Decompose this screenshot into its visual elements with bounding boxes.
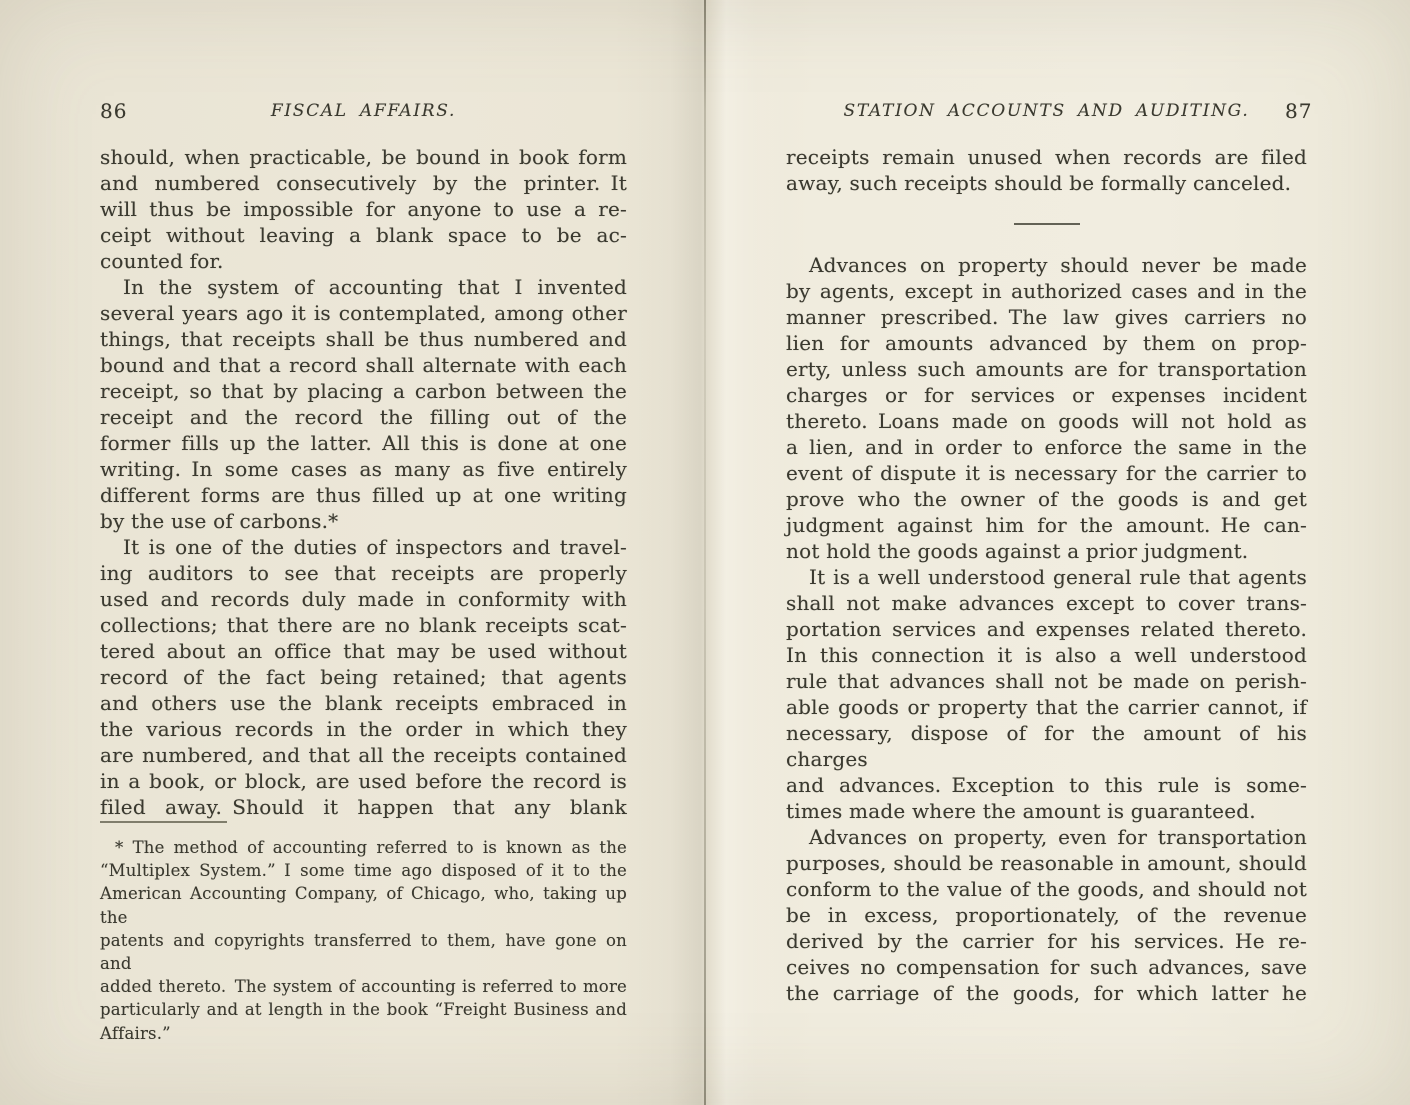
text-line: purposes, should be reasonable in amount… xyxy=(786,850,1307,876)
left-body-text: should, when practicable, be bound in bo… xyxy=(100,144,627,820)
text-line: event of dispute it is necessary for the… xyxy=(786,460,1307,486)
text-line: times made where the amount is guarantee… xyxy=(786,798,1307,824)
text-line: erty, unless such amounts are for transp… xyxy=(786,356,1307,382)
text-line: the various records in the order in whic… xyxy=(100,716,627,742)
text-line: It is a well understood general rule tha… xyxy=(786,564,1307,590)
text-line: a lien, and in order to enforce the same… xyxy=(786,434,1307,460)
text-line: It is one of the duties of inspectors an… xyxy=(100,534,627,560)
text-line: used and records duly made in conformity… xyxy=(100,586,627,612)
text-line: ceipt without leaving a blank space to b… xyxy=(100,222,627,248)
text-line: away, such receipts should be formally c… xyxy=(786,170,1307,196)
text-line: able goods or property that the carrier … xyxy=(786,694,1307,720)
text-line: In this connection it is also a well und… xyxy=(786,642,1307,668)
text-line: several years ago it is contemplated, am… xyxy=(100,300,627,326)
text-line: by the use of carbons.* xyxy=(100,508,627,534)
text-line: be in excess, proportionately, of the re… xyxy=(786,902,1307,928)
paragraph: In the system of accounting that I inven… xyxy=(100,274,627,534)
gutter-crease-line xyxy=(704,0,706,1105)
paragraph: should, when practicable, be bound in bo… xyxy=(100,144,627,274)
section-divider-rule xyxy=(1014,223,1080,225)
text-line: writing. In some cases as many as five e… xyxy=(100,456,627,482)
text-line: not hold the goods against a prior judgm… xyxy=(786,538,1307,564)
text-line: record of the fact being retained; that … xyxy=(100,664,627,690)
text-line: bound and that a record shall alternate … xyxy=(100,352,627,378)
footnote-separator-rule xyxy=(100,821,227,823)
text-line: receipts remain unused when records are … xyxy=(786,144,1307,170)
text-line: American Accounting Company, of Chicago,… xyxy=(100,882,627,928)
text-line: will thus be impossible for anyone to us… xyxy=(100,196,627,222)
text-line: counted for. xyxy=(100,248,627,274)
book-spread: 86 FISCAL AFFAIRS. should, when practica… xyxy=(0,0,1410,1105)
text-line: In the system of accounting that I inven… xyxy=(100,274,627,300)
text-line: * The method of accounting referred to i… xyxy=(100,836,627,859)
text-line: added thereto. The system of accounting … xyxy=(100,975,627,998)
right-running-head: STATION ACCOUNTS AND AUDITING. xyxy=(786,101,1307,121)
text-line: judgment against him for the amount. He … xyxy=(786,512,1307,538)
text-line: and others use the blank receipts embrac… xyxy=(100,690,627,716)
text-line: the carriage of the goods, for which lat… xyxy=(786,980,1307,1006)
left-running-head: FISCAL AFFAIRS. xyxy=(100,101,627,121)
right-page-number: 87 xyxy=(1285,99,1312,123)
text-line: ceives no compensation for such advances… xyxy=(786,954,1307,980)
text-line: former fills up the latter. All this is … xyxy=(100,430,627,456)
text-line: tered about an office that may be used w… xyxy=(100,638,627,664)
text-line: manner prescribed. The law gives carrier… xyxy=(786,304,1307,330)
text-line: and advances. Exception to this rule is … xyxy=(786,772,1307,798)
text-line: lien for amounts advanced by them on pro… xyxy=(786,330,1307,356)
text-line: particularly and at length in the book “… xyxy=(100,998,627,1021)
text-line: and numbered consecutively by the printe… xyxy=(100,170,627,196)
text-line: receipt, so that by placing a carbon bet… xyxy=(100,378,627,404)
text-line: portation services and expenses related … xyxy=(786,616,1307,642)
text-line: receipt and the record the filling out o… xyxy=(100,404,627,430)
text-line: ing auditors to see that receipts are pr… xyxy=(100,560,627,586)
text-line: Affairs.” xyxy=(100,1022,627,1045)
right-body-text: receipts remain unused when records are … xyxy=(786,144,1307,1006)
paragraph: Advances on property, even for transport… xyxy=(786,824,1307,1006)
text-line: in a book, or block, are used before the… xyxy=(100,768,627,794)
text-line: “Multiplex System.” I some time ago disp… xyxy=(100,859,627,882)
left-footnote-text: * The method of accounting referred to i… xyxy=(100,836,627,1045)
text-line: Advances on property should never be mad… xyxy=(786,252,1307,278)
text-line: charges or for services or expenses inci… xyxy=(786,382,1307,408)
text-line: things, that receipts shall be thus numb… xyxy=(100,326,627,352)
text-line: necessary, dispose of for the amount of … xyxy=(786,720,1307,772)
paragraph: It is one of the duties of inspectors an… xyxy=(100,534,627,820)
text-line: conform to the value of the goods, and s… xyxy=(786,876,1307,902)
text-line: rule that advances shall not be made on … xyxy=(786,668,1307,694)
text-line: prove who the owner of the goods is and … xyxy=(786,486,1307,512)
text-line: should, when practicable, be bound in bo… xyxy=(100,144,627,170)
paragraph: * The method of accounting referred to i… xyxy=(100,836,627,1045)
text-line: shall not make advances except to cover … xyxy=(786,590,1307,616)
text-line: thereto. Loans made on goods will not ho… xyxy=(786,408,1307,434)
text-line: patents and copyrights transferred to th… xyxy=(100,929,627,975)
text-line: by agents, except in authorized cases an… xyxy=(786,278,1307,304)
text-line: derived by the carrier for his services.… xyxy=(786,928,1307,954)
text-line: different forms are thus filled up at on… xyxy=(100,482,627,508)
paragraph: It is a well understood general rule tha… xyxy=(786,564,1307,824)
text-line: are numbered, and that all the receipts … xyxy=(100,742,627,768)
text-line: Advances on property, even for transport… xyxy=(786,824,1307,850)
gutter-shadow xyxy=(615,0,800,1105)
text-line: filed away. Should it happen that any bl… xyxy=(100,794,627,820)
paragraph: receipts remain unused when records are … xyxy=(786,144,1307,196)
text-line: collections; that there are no blank rec… xyxy=(100,612,627,638)
paragraph: Advances on property should never be mad… xyxy=(786,252,1307,564)
